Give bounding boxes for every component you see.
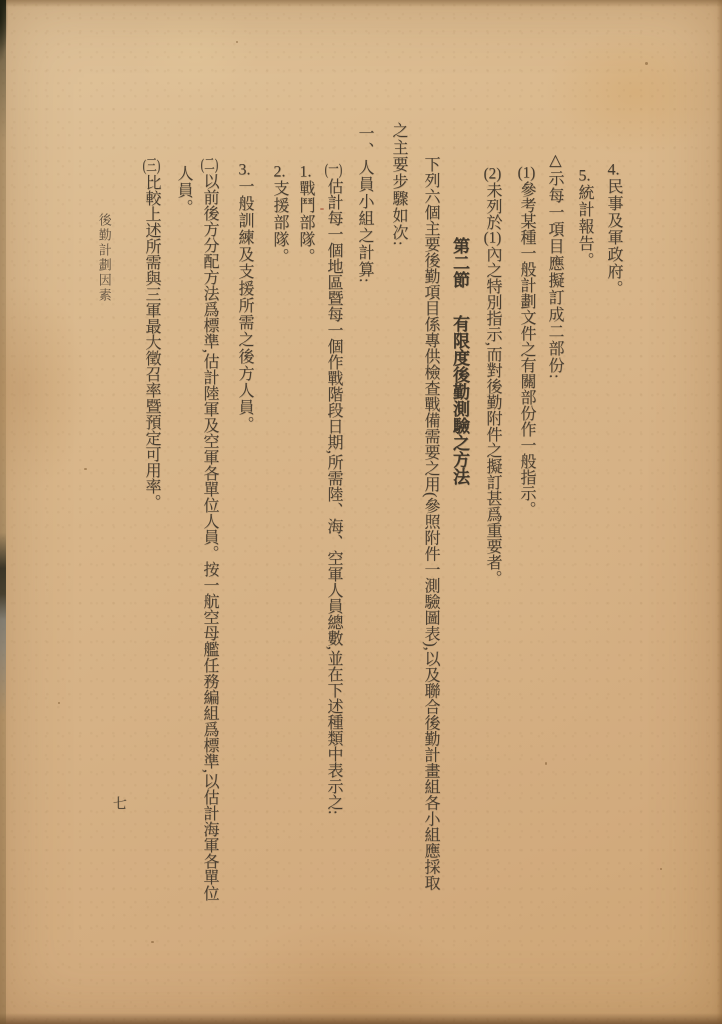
subitem-special-instructions: (2)未列於(1)內之特別指示,而對後勤附件之擬訂甚爲重要者。 — [483, 166, 500, 586]
section-title: 有限度後勤測驗之方法 — [450, 315, 469, 485]
item-text: 人員。 — [175, 165, 192, 216]
item-number: 5. — [576, 168, 593, 184]
paper-speck — [236, 41, 238, 43]
page-number: 七 — [110, 796, 125, 810]
subitem-support-troops: 2.支援部隊。 — [270, 164, 287, 265]
paper-speck — [151, 941, 154, 943]
step-compare-requirements: (三)比較上述所需與三軍最大徵召率暨預定可用率。 — [142, 158, 159, 510]
item-text: 內之特別指示,而對後勤附件之擬訂甚爲重要者。 — [484, 246, 501, 586]
item-text: 一般訓練及支援所需之後方人員。 — [236, 178, 253, 433]
item-text: 以前後方分配方法爲標準,估計陸軍及空軍各單位人員。按一航空母艦任務編組爲標準,以… — [201, 173, 218, 901]
note-two-parts: △示每一項目應擬訂成二部份: — [545, 150, 562, 379]
page-binding-edge — [0, 0, 6, 1024]
item-text: 戰鬥部隊。 — [297, 180, 314, 265]
scanned-document-page: 4.民事及軍政府。 5.統計報告。 △示每一項目應擬訂成二部份: (1)參考某種… — [0, 0, 722, 1024]
item-text: 比較上述所需與三軍最大徵召率暨預定可用率。 — [143, 174, 160, 510]
item-text: 估計每一個地區暨每一個作戰階段日期,所需陸、海、空軍人員總數,並在下述種類中表示… — [325, 178, 342, 814]
paragraph-six-items-wrap: 之主要步驟如次: — [389, 122, 406, 246]
section-number: 第二節 — [450, 237, 469, 288]
item-text: 民事及軍政府。 — [605, 178, 622, 297]
corner-blotch — [0, 0, 10, 74]
paragraph-six-items: 下列六個主要後勤項目係專供檢查戰備需要之用(參照附件一測驗圖表),以及聯合後勤計… — [421, 156, 438, 891]
page-number-text: 七 — [111, 796, 126, 810]
item-personnel-group-calculation: 一、人員小組之計算: — [355, 125, 372, 283]
running-title: 後勤計劃因素 — [97, 213, 111, 303]
list-item-statistics-report: 5.統計報告。 — [575, 168, 592, 269]
page-bottom-edge-shadow — [0, 1013, 722, 1024]
item-number: (1) — [518, 165, 535, 181]
step-allocation-method: (二)以前後方分配方法爲標準,估計陸軍及空軍各單位人員。按一航空母艦任務編組爲標… — [200, 157, 217, 901]
paragraph-text: 之主要步驟如次: — [390, 122, 407, 246]
item-text: 統計報告。 — [576, 184, 593, 269]
item-number: (一) — [325, 162, 342, 178]
item-number: (三) — [143, 158, 160, 174]
item-text: 一、人員小組之計算: — [356, 125, 373, 283]
step-allocation-method-wrap: 人員。 — [174, 165, 191, 216]
step-estimate-personnel: (一)估計每一個地區暨每一個作戰階段日期,所需陸、海、空軍人員總數,並在下述種類… — [324, 162, 341, 814]
item-text: 未列於 — [484, 182, 501, 230]
subitem-rear-personnel: 3.一般訓練及支援所需之後方人員。 — [235, 162, 252, 433]
list-item-civil-affairs: 4.民事及軍政府。 — [604, 162, 621, 297]
item-number: (2) — [484, 166, 501, 182]
page-top-edge-shadow — [0, 0, 722, 7]
item-number: 1. — [297, 164, 314, 180]
paper-speck — [84, 468, 87, 470]
paper-speck — [545, 762, 547, 765]
subitem-combat-troops: 1.戰鬥部隊。 — [296, 164, 313, 265]
paper-speck — [58, 702, 60, 704]
item-number: 2. — [271, 164, 288, 180]
section-heading: 第二節有限度後勤測驗之方法 — [450, 237, 468, 485]
subitem-general-reference: (1)參考某種一般計劃文件之有關部份作一般指示。 — [517, 165, 534, 517]
item-number-ref: (1) — [484, 230, 501, 246]
note-text: △示每一項目應擬訂成二部份: — [546, 150, 563, 379]
item-number: 3. — [236, 162, 253, 178]
running-title-text: 後勤計劃因素 — [97, 213, 112, 303]
item-text: 支援部隊。 — [271, 180, 288, 265]
paper-speck — [660, 868, 662, 870]
paper-speck — [645, 62, 648, 65]
item-text: 參考某種一般計劃文件之有關部份作一般指示。 — [518, 181, 535, 517]
item-number: (二) — [201, 157, 218, 173]
paragraph-text: 下列六個主要後勤項目係專供檢查戰備需要之用(參照附件一測驗圖表),以及聯合後勤計… — [422, 156, 439, 891]
item-number: 4. — [605, 162, 622, 178]
page-right-edge-shadow — [717, 0, 722, 1024]
